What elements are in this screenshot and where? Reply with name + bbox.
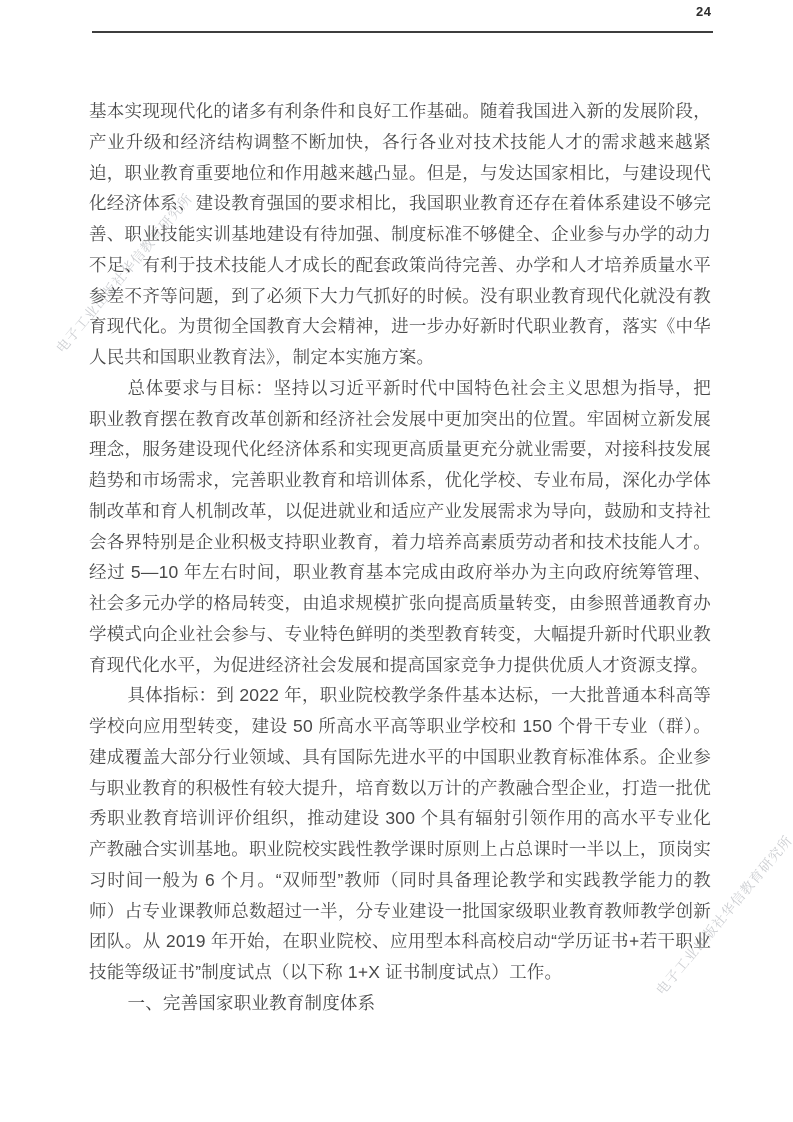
header-rule <box>92 31 713 33</box>
paragraph-continuation: 基本实现现代化的诸多有利条件和良好工作基础。随着我国进入新的发展阶段，产业升级和… <box>89 96 711 373</box>
section-heading: 一、完善国家职业教育制度体系 <box>89 988 711 1019</box>
document-page: 24 电子工业出版社华信教育研究所 电子工业出版社华信教育研究所 基本实现现代化… <box>0 0 793 1122</box>
document-body: 基本实现现代化的诸多有利条件和良好工作基础。随着我国进入新的发展阶段，产业升级和… <box>89 96 711 1019</box>
page-number: 24 <box>696 4 711 19</box>
paragraph-specific-targets: 具体指标：到 2022 年，职业院校教学条件基本达标，一大批普通本科高等学校向应… <box>89 680 711 988</box>
paragraph-overall-requirements: 总体要求与目标：坚持以习近平新时代中国特色社会主义思想为指导，把职业教育摆在教育… <box>89 373 711 681</box>
